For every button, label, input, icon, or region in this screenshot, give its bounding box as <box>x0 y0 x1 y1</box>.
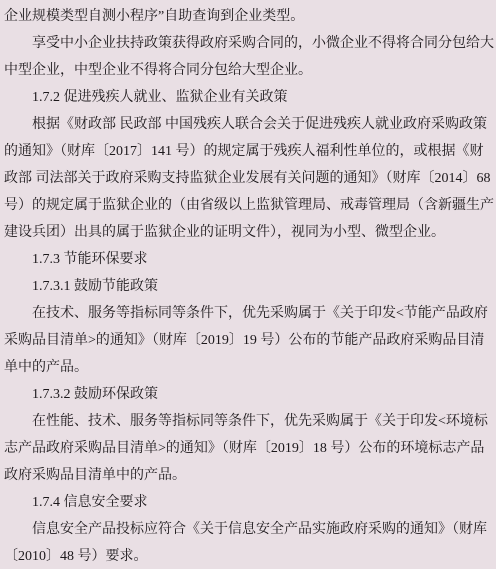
doc-line: 信息安全产品投标应符合《关于信息安全产品实施政府采购的通知》（财库 <box>4 516 493 543</box>
doc-line: 单中的产品。 <box>4 354 493 381</box>
heading-1-7-3: 1.7.3 节能环保要求 <box>4 246 493 273</box>
heading-1-7-3-2: 1.7.3.2 鼓励环保政策 <box>4 381 493 408</box>
heading-1-7-4: 1.7.4 信息安全要求 <box>4 489 493 516</box>
doc-line: 政府采购品目清单中的产品。 <box>4 462 493 489</box>
doc-line: 中型企业，中型企业不得将合同分包给大型企业。 <box>4 57 493 84</box>
doc-line: 号）的规定属于监狱企业的（由省级以上监狱管理局、戒毒管理局（含新疆生产 <box>4 192 493 219</box>
document-page: 企业规模类型自测小程序”自助查询到企业类型。 享受中小企业扶持政策获得政府采购合… <box>0 0 496 569</box>
doc-line: 政部 司法部关于政府采购支持监狱企业发展有关问题的通知》（财库〔2014〕68 <box>4 165 493 192</box>
doc-line: 根据《财政部 民政部 中国残疾人联合会关于促进残疾人就业政府采购政策 <box>4 111 493 138</box>
doc-line: 在技术、服务等指标同等条件下，优先采购属于《关于印发<节能产品政府 <box>4 300 493 327</box>
doc-line: 采购品目清单>的通知》（财库〔2019〕19 号）公布的节能产品政府采购品目清 <box>4 327 493 354</box>
doc-line: 建设兵团）出具的属于监狱企业的证明文件），视同为小型、微型企业。 <box>4 219 493 246</box>
doc-line: 享受中小企业扶持政策获得政府采购合同的，小微企业不得将合同分包给大 <box>4 30 493 57</box>
heading-1-7-3-1: 1.7.3.1 鼓励节能政策 <box>4 273 493 300</box>
doc-line: 〔2010〕48 号）要求。 <box>4 543 493 569</box>
doc-line: 的通知》（财库〔2017〕141 号）的规定属于残疾人福利性单位的，或根据《财 <box>4 138 493 165</box>
doc-line: 在性能、技术、服务等指标同等条件下，优先采购属于《关于印发<环境标 <box>4 408 493 435</box>
doc-line: 企业规模类型自测小程序”自助查询到企业类型。 <box>4 3 493 30</box>
heading-1-7-2: 1.7.2 促进残疾人就业、监狱企业有关政策 <box>4 84 493 111</box>
doc-line: 志产品政府采购品目清单>的通知》（财库〔2019〕18 号）公布的环境标志产品 <box>4 435 493 462</box>
